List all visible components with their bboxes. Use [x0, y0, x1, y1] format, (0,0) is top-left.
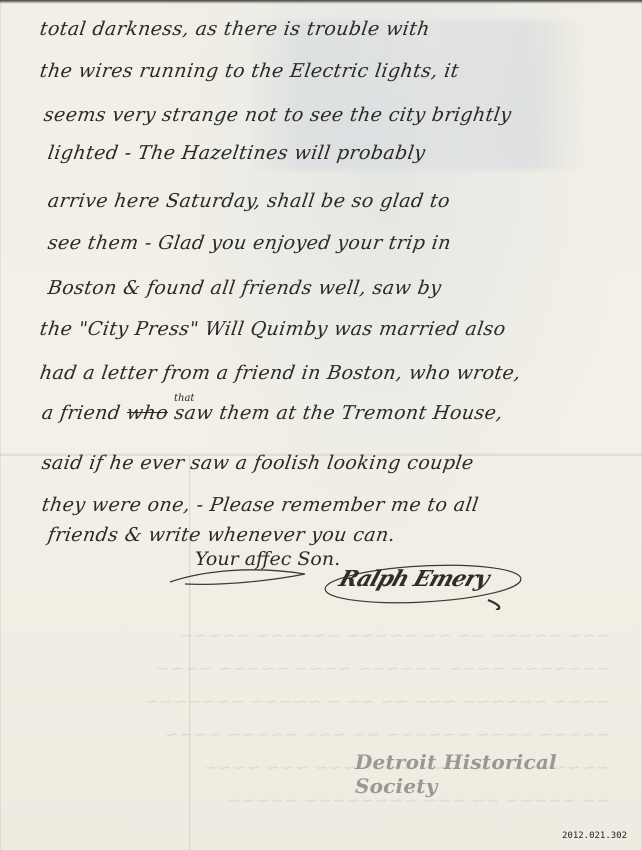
letter-line: seems very strange not to see the city b…: [42, 104, 512, 126]
letter-line: lighted - The Hazeltines will probably: [46, 142, 426, 164]
letter-line: they were one, - Please remember me to a…: [40, 494, 480, 516]
watermark: Detroit Historical Society: [355, 750, 642, 798]
line-start: a friend: [40, 402, 121, 424]
letter-line-with-correction: a friend who saw them at the Tremont Hou…: [40, 402, 504, 424]
letter-line: Boston & found all friends well, saw by: [46, 277, 442, 299]
catalog-number: 2012.021.302: [562, 831, 627, 841]
line-end: saw them at the Tremont House,: [173, 402, 504, 424]
letter-line: the wires running to the Electric lights…: [38, 60, 460, 82]
inserted-word: that: [174, 393, 194, 404]
letter-line: total darkness, as there is trouble with: [38, 18, 431, 40]
letter-line: arrive here Saturday, shall be so glad t…: [46, 190, 451, 212]
letter-line: the "City Press" Will Quimby was married…: [38, 318, 507, 340]
struck-word: who: [125, 402, 169, 424]
letter-line: said if he ever saw a foolish looking co…: [40, 452, 475, 474]
letter-line: see them - Glad you enjoyed your trip in: [46, 232, 452, 254]
signature: Ralph Emery: [336, 566, 492, 592]
letter-line: friends & write whenever you can.: [46, 524, 396, 546]
letter-line: had a letter from a friend in Boston, wh…: [38, 362, 522, 384]
